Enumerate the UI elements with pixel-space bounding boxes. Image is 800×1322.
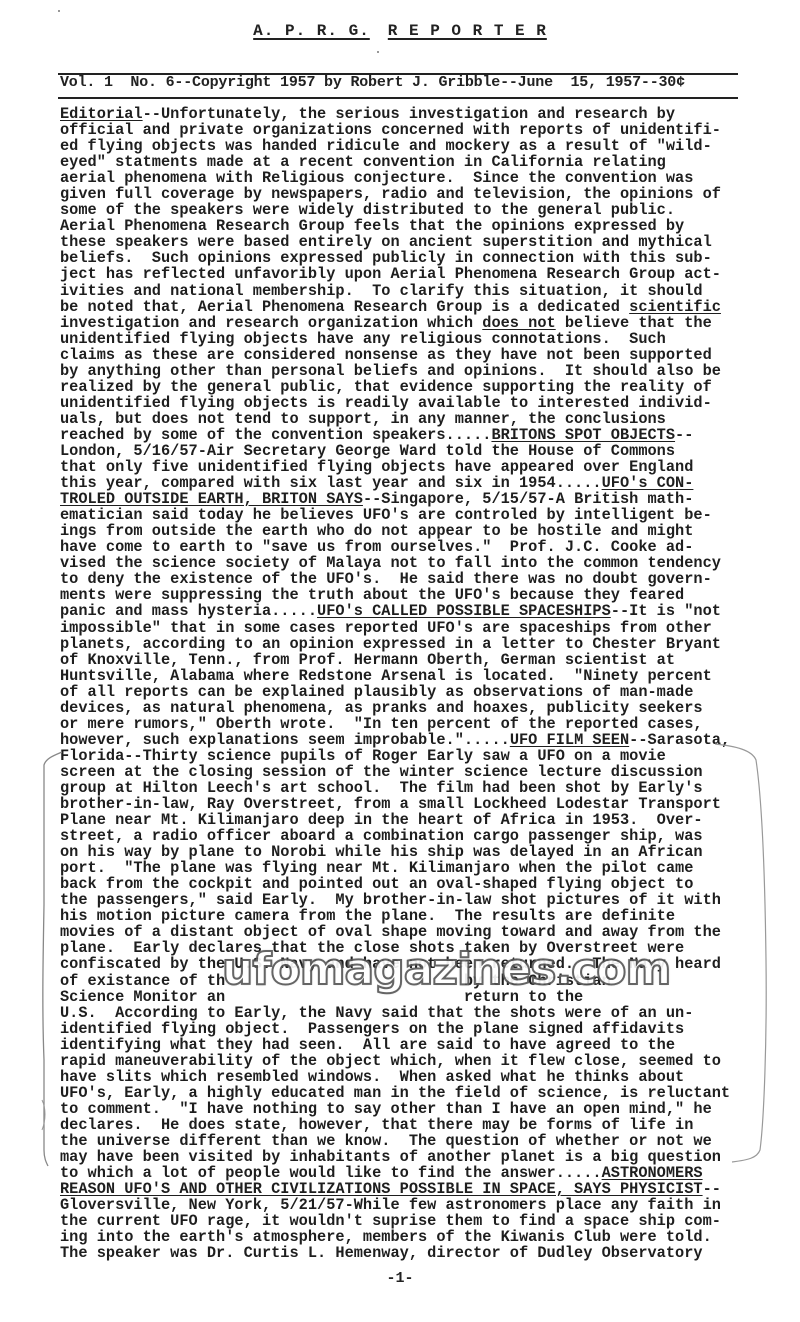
newsletter-page: A. P. R. G.R E P O R T E R Vol. 1 No. 6-… <box>0 0 800 1322</box>
scan-speck <box>58 10 60 12</box>
hand-drawn-bracket-annotation <box>0 0 800 1322</box>
page-number: -1- <box>0 1270 800 1287</box>
scan-speck <box>377 51 379 53</box>
watermark: ufomagazines.com <box>222 944 670 995</box>
